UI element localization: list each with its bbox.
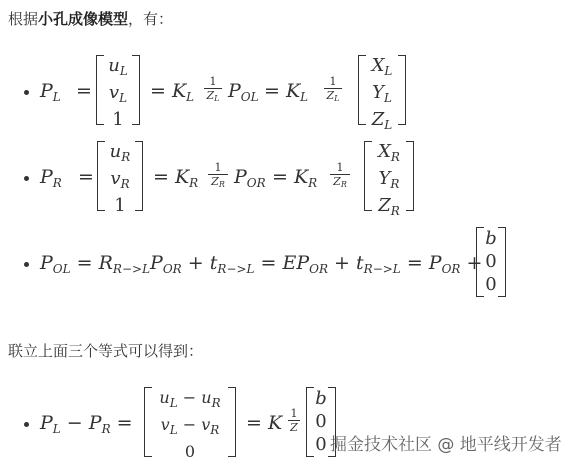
watermark: 掘金技术社区 @ 地平线开发者 xyxy=(330,430,562,455)
intro-text: 根据小孔成像模型，有： xyxy=(8,8,173,29)
eq3-expression: POL = RR−>LPOR + tR−>L = EPOR + tR−>L = … xyxy=(40,252,482,276)
eq2-p-or: POR xyxy=(234,166,266,190)
eq1-equals: = xyxy=(76,80,92,102)
eq1-rhs1: = KL xyxy=(150,80,194,104)
equation-3: POL = RR−>LPOR + tR−>L = EPOR + tR−>L = … xyxy=(0,222,564,312)
eq4-frac: 1Z xyxy=(288,408,300,434)
eq4-vector-diff: uL − uR vL − vR 0 xyxy=(144,387,236,457)
eq2-frac2: 1ZR xyxy=(330,162,350,191)
eq1-p-ol: POL xyxy=(228,80,259,104)
eq2-equals: = xyxy=(78,166,94,188)
eq2-rhs2: = KR xyxy=(272,166,317,190)
eq2-vector-xyz: XR YR ZR xyxy=(364,141,414,211)
eq1-frac1: 1ZL xyxy=(204,76,222,105)
bullet xyxy=(24,176,29,181)
eq1-frac2: 1ZL xyxy=(324,76,342,105)
bullet xyxy=(24,422,29,427)
bullet xyxy=(24,262,29,267)
eq2-lhs: PR xyxy=(40,166,62,190)
eq2-frac1: 1ZR xyxy=(208,162,228,191)
eq1-vector-uv1: uL vL 1 xyxy=(96,55,140,125)
eq1-rhs2: = KL xyxy=(264,80,308,104)
intro-bold: 小孔成像模型 xyxy=(38,10,128,28)
bullet xyxy=(24,90,29,95)
eq2-vector-uv1: uR vR 1 xyxy=(97,141,143,211)
equation-1: PL = uL vL 1 = KL 1ZL POL = KL 1ZL XL YL… xyxy=(0,50,564,140)
eq2-rhs1: = KR xyxy=(153,166,198,190)
eq1-lhs: PL xyxy=(40,80,61,104)
equation-2: PR = uR vR 1 = KR 1ZR POR = KR 1ZR XR YR… xyxy=(0,136,564,226)
eq3-vector-b00: b 0 0 xyxy=(476,227,506,297)
middle-text: 联立上面三个等式可以得到： xyxy=(8,340,203,361)
eq4-rhs: = K xyxy=(246,412,282,434)
eq1-vector-xyz: XL YL ZL xyxy=(358,55,406,125)
eq4-lhs: PL − PR = xyxy=(40,412,133,436)
